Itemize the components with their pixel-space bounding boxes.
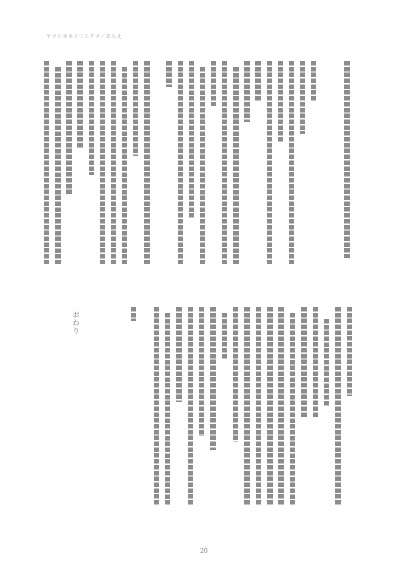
text-line [77,61,82,148]
text-line [44,61,49,264]
text-line [300,61,305,134]
document-page: ヤマシカネイ♡ミクツ／あらえ おわり 20 [0,0,400,572]
blank-line [322,61,327,62]
running-header: ヤマシカネイ♡ミクツ／あらえ [46,34,122,41]
text-line [111,61,116,264]
text-line [324,319,329,406]
text-line [267,61,272,264]
text-line [199,307,204,436]
text-line [178,61,183,264]
text-line [289,61,294,264]
text-line [256,307,261,505]
text-line [200,67,205,264]
blank-line [155,61,160,62]
text-block-top [44,61,350,264]
text-line [222,313,227,361]
end-mark: おわり [71,311,81,335]
text-line [233,307,238,442]
text-line [313,307,318,418]
text-line [244,307,249,505]
text-line [210,307,215,450]
text-line [290,313,295,505]
text-line [122,67,127,264]
text-line [344,61,349,258]
text-line [244,61,249,122]
text-line [335,307,340,505]
text-line [133,61,138,156]
text-line [278,61,283,142]
text-line [255,61,260,102]
text-line [154,307,159,505]
text-line [166,61,171,87]
text-line [222,61,227,264]
text-line [66,61,71,195]
text-line [278,307,283,505]
blank-line [142,307,147,308]
text-line [311,61,316,102]
text-line [233,67,238,264]
blank-line [333,61,338,62]
text-line [131,307,136,321]
text-line [211,61,216,106]
text-line [144,61,149,264]
text-line [100,61,105,264]
text-line [267,307,272,505]
text-line [55,67,60,264]
text-line [301,307,306,418]
text-line [188,307,193,505]
text-line [189,61,194,219]
page-number: 20 [200,548,208,555]
text-block-bottom [131,307,352,505]
text-line [347,307,352,396]
text-line [89,61,94,175]
text-line [165,313,170,505]
text-line [176,307,181,402]
